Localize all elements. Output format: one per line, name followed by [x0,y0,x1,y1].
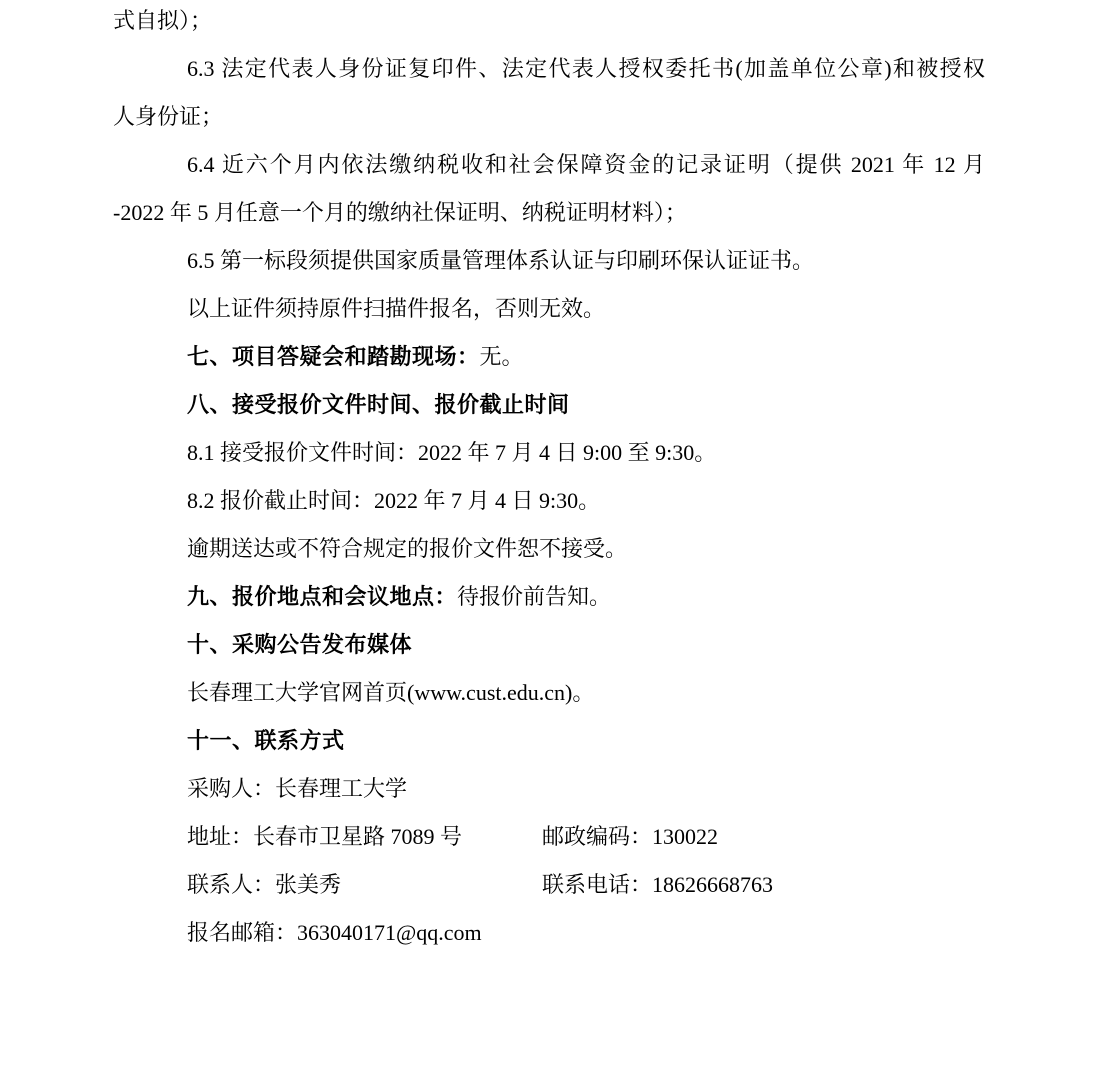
section-9-heading: 九、报价地点和会议地点： [187,584,457,609]
section-7-value: 无。 [480,344,524,369]
document-text-block: 式自拟）； 6.3 法定代表人身份证复印件、法定代表人授权委托书(加盖单位公章)… [113,0,985,957]
postcode-text: 邮政编码：130022 [542,813,718,861]
clause-8-2: 8.2 报价截止时间：2022 年 7 月 4 日 9:30。 [113,477,985,525]
section-11-heading: 十一、联系方式 [187,728,345,753]
section-9-value: 待报价前告知。 [457,584,611,609]
section-9-line: 九、报价地点和会议地点：待报价前告知。 [113,573,985,621]
purchaser-line: 采购人：长春理工大学 [113,765,985,813]
clause-6-3-line1: 6.3 法定代表人身份证复印件、法定代表人授权委托书(加盖单位公章)和被授权 [113,45,985,93]
document-page: 式自拟）； 6.3 法定代表人身份证复印件、法定代表人授权委托书(加盖单位公章)… [0,0,1120,1065]
contact-person-text: 联系人：张美秀 [187,872,341,897]
section-8-line: 八、接受报价文件时间、报价截止时间 [113,381,985,429]
clause-8-1: 8.1 接受报价文件时间：2022 年 7 月 4 日 9:00 至 9:30。 [113,429,985,477]
contact-phone-text: 联系电话：18626668763 [542,861,773,909]
address-text: 地址：长春市卫星路 7089 号 [187,824,462,849]
section-7-heading: 七、项目答疑会和踏勘现场： [187,344,480,369]
section-11-line: 十一、联系方式 [113,717,985,765]
section-10-line: 十、采购公告发布媒体 [113,621,985,669]
paragraph-continuation-format: 式自拟）； [113,0,985,45]
clause-6-4-line2: -2022 年 5 月任意一个月的缴纳社保证明、纳税证明材料）； [113,189,985,237]
clause-6-3-line2: 人身份证； [113,93,985,141]
signup-email-line: 报名邮箱：363040171@qq.com [113,909,985,957]
contact-phone-line: 联系人：张美秀 联系电话：18626668763 [113,861,985,909]
section-7-line: 七、项目答疑会和踏勘现场：无。 [113,333,985,381]
clause-6-4-line1: 6.4 近六个月内依法缴纳税收和社会保障资金的记录证明（提供 2021 年 12… [113,141,985,189]
scan-original-note: 以上证件须持原件扫描件报名，否则无效。 [113,285,985,333]
clause-6-5: 6.5 第一标段须提供国家质量管理体系认证与印刷环保认证证书。 [113,237,985,285]
section-10-heading: 十、采购公告发布媒体 [187,632,412,657]
announcement-media-line: 长春理工大学官网首页(www.cust.edu.cn)。 [113,669,985,717]
section-8-heading: 八、接受报价文件时间、报价截止时间 [187,392,570,417]
address-postcode-line: 地址：长春市卫星路 7089 号 邮政编码：130022 [113,813,985,861]
late-delivery-note: 逾期送达或不符合规定的报价文件恕不接受。 [113,525,985,573]
